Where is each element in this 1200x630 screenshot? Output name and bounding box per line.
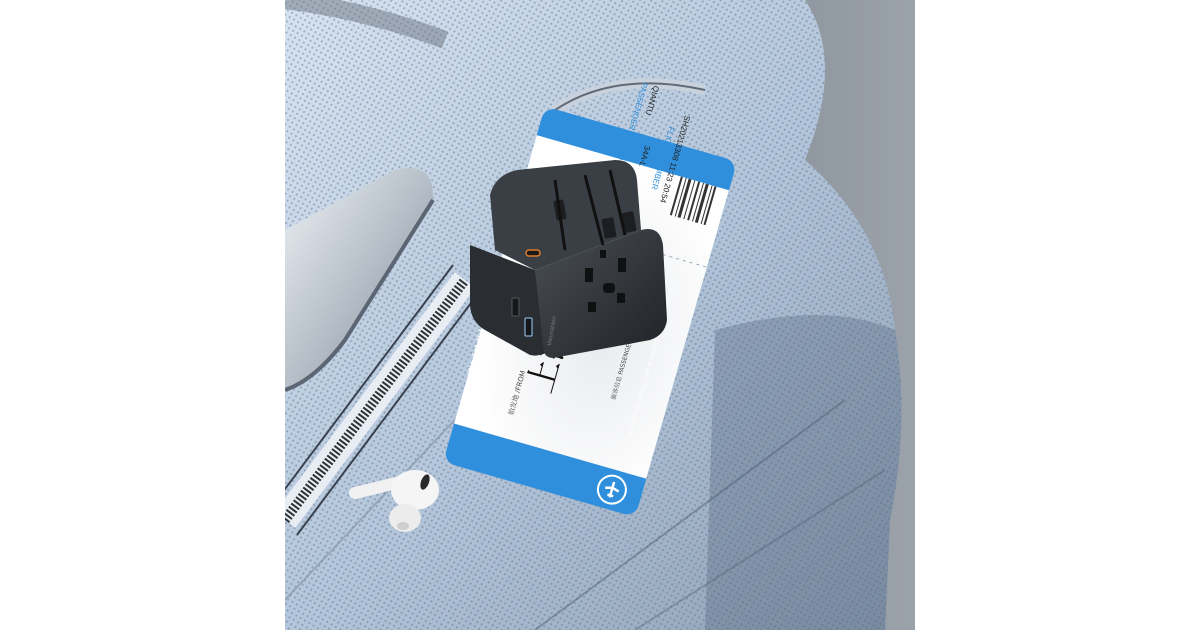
usb-a-port	[512, 298, 519, 316]
usb-c-port	[526, 250, 540, 256]
usb-a-port	[525, 318, 532, 336]
travel-adapter: Vonmählen	[470, 160, 667, 358]
product-photo: 登机牌 BOARDING 上海 始发地 /FROM 旅客信息 PASSENGER…	[285, 0, 915, 630]
